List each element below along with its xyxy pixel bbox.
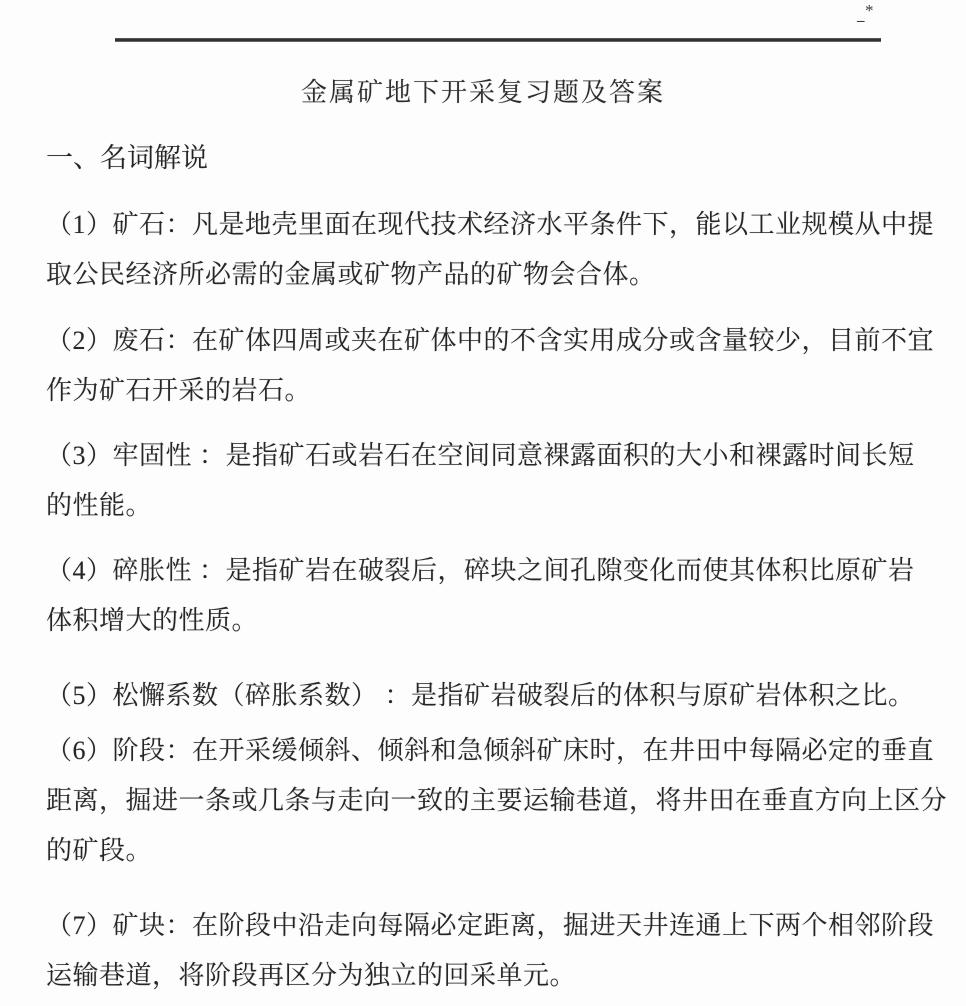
definition-item-6: （6）阶段：在开采缓倾斜、倾斜和急倾斜矿床时，在井田中每隔必定的垂直 距离，掘进…: [46, 726, 920, 876]
definition-item-5: （5）松懈系数（碎胀系数） ：是指矿岩破裂后的体积与原矿岩体积之比。: [46, 671, 920, 721]
definition-line: 的性能。: [46, 481, 920, 531]
definition-line: （7）矿块：在阶段中沿走向每隔必定距离，掘进天井连通上下两个相邻阶段: [46, 901, 920, 951]
definition-line: 作为矿石开采的岩石。: [46, 366, 920, 416]
definition-line: 取公民经济所必需的金属或矿物产品的矿物会合体。: [46, 250, 920, 300]
document-page: * – 金属矿地下开采复习题及答案 一、名词解说 （1）矿石：凡是地壳里面在现代…: [0, 0, 966, 1006]
definition-line: 的矿段。: [46, 826, 920, 876]
document-content: 金属矿地下开采复习题及答案 一、名词解说 （1）矿石：凡是地壳里面在现代技术经济…: [46, 0, 920, 1001]
definition-line: （4）碎胀性 ：是指矿岩在破裂后，碎块之间孔隙变化而使其体积比原矿岩: [46, 546, 920, 596]
definition-line: （2）废石：在矿体四周或夹在矿体中的不含实用成分或含量较少，目前不宜: [46, 316, 920, 366]
definition-line: （1）矿石：凡是地壳里面在现代技术经济水平条件下，能以工业规模从中提: [46, 200, 920, 250]
page-title: 金属矿地下开采复习题及答案: [46, 76, 920, 110]
definition-line: 体积增大的性质。: [46, 596, 920, 646]
definition-item-2: （2）废石：在矿体四周或夹在矿体中的不含实用成分或含量较少，目前不宜 作为矿石开…: [46, 316, 920, 416]
section-heading: 一、名词解说: [46, 140, 920, 176]
definition-item-1: （1）矿石：凡是地壳里面在现代技术经济水平条件下，能以工业规模从中提 取公民经济…: [46, 200, 920, 300]
definition-line: 距离，掘进一条或几条与走向一致的主要运输巷道，将井田在垂直方向上区分: [46, 776, 920, 826]
definition-item-7: （7）矿块：在阶段中沿走向每隔必定距离，掘进天井连通上下两个相邻阶段 运输巷道，…: [46, 901, 920, 1001]
definition-item-3: （3）牢固性 ：是指矿石或岩石在空间同意裸露面积的大小和裸露时间长短 的性能。: [46, 431, 920, 531]
definition-line: 运输巷道，将阶段再区分为独立的回采单元。: [46, 951, 920, 1001]
definition-item-4: （4）碎胀性 ：是指矿岩在破裂后，碎块之间孔隙变化而使其体积比原矿岩 体积增大的…: [46, 546, 920, 646]
definition-line: （5）松懈系数（碎胀系数） ：是指矿岩破裂后的体积与原矿岩体积之比。: [46, 671, 920, 721]
definition-line: （3）牢固性 ：是指矿石或岩石在空间同意裸露面积的大小和裸露时间长短: [46, 431, 920, 481]
definition-line: （6）阶段：在开采缓倾斜、倾斜和急倾斜矿床时，在井田中每隔必定的垂直: [46, 726, 920, 776]
